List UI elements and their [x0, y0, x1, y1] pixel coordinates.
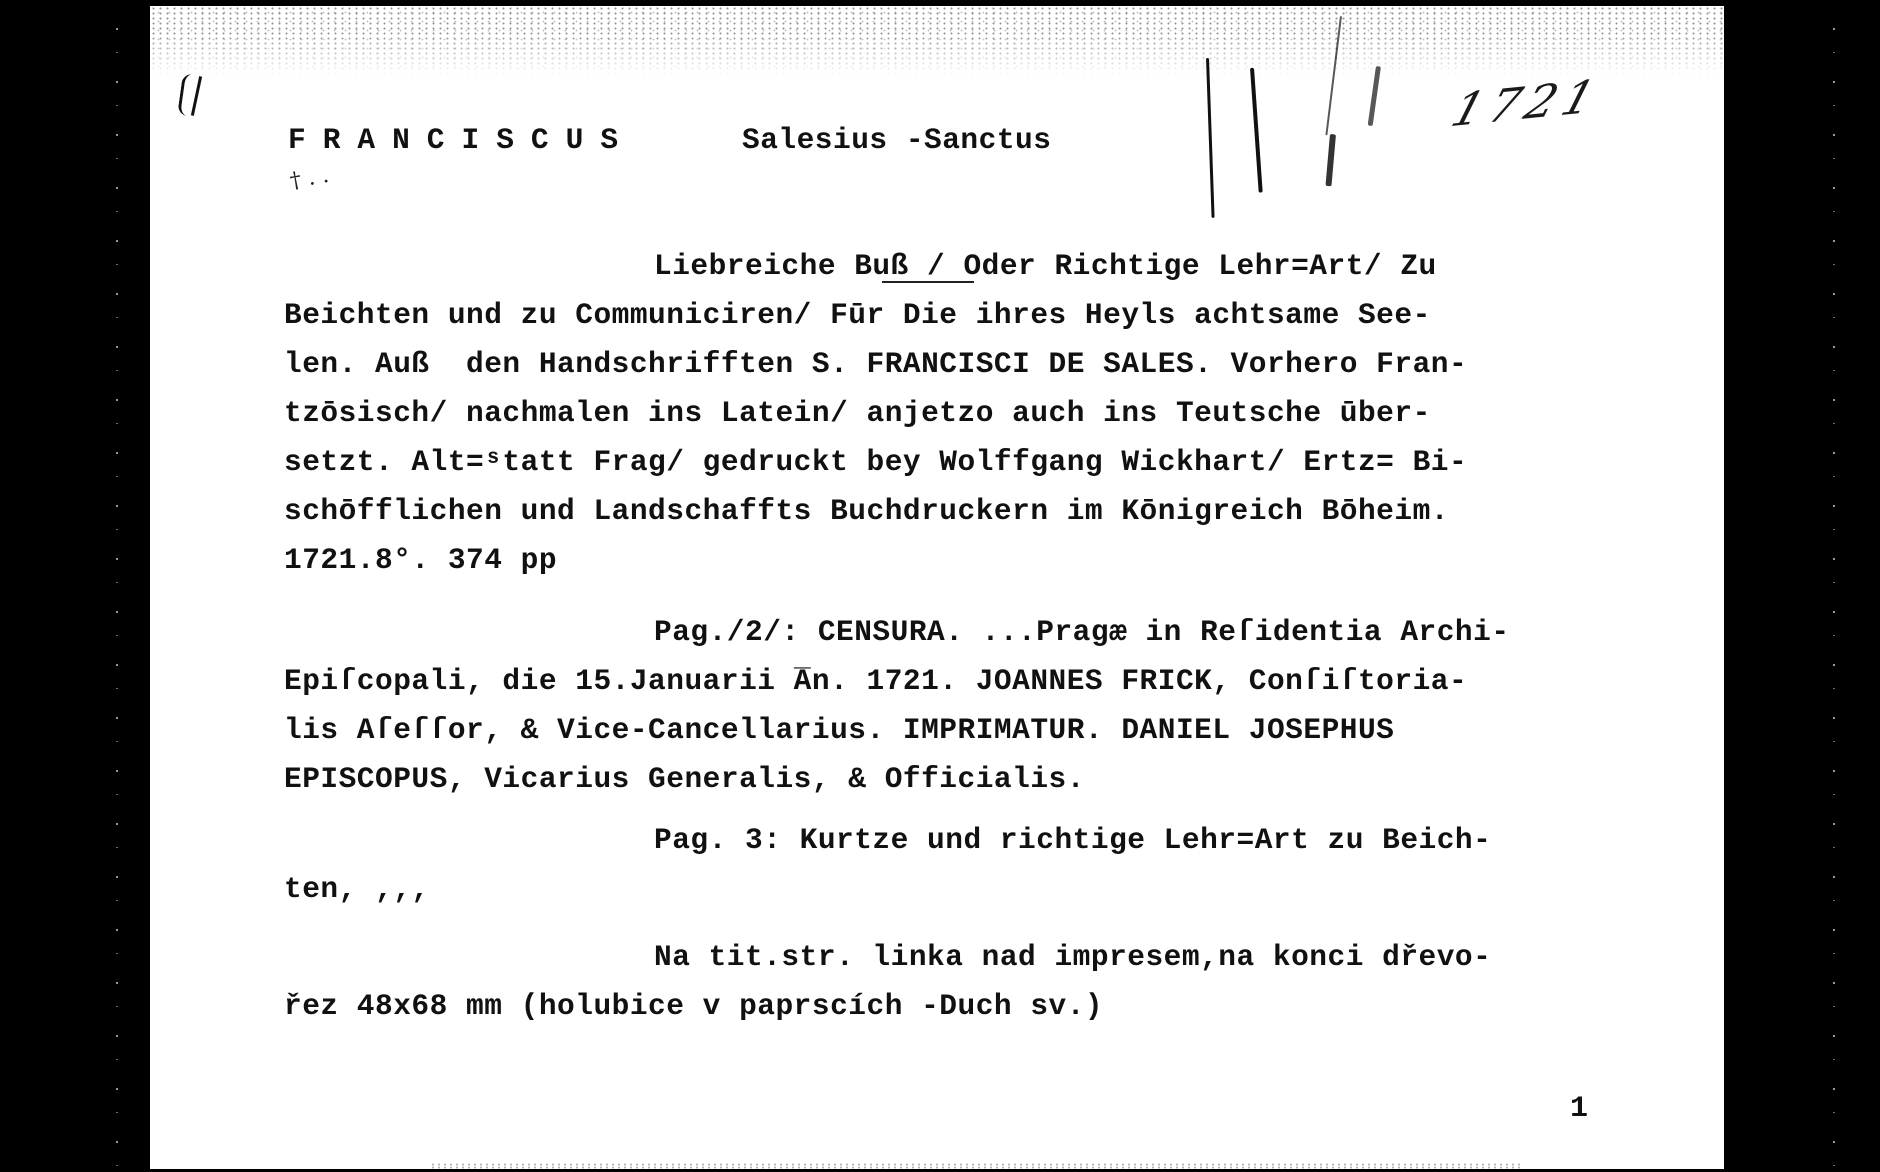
heading-cross-mark: † . . — [288, 163, 331, 194]
scan-edge-left — [116, 0, 118, 1172]
text-line: lis Aſeſſor, & Vice-Cancellarius. IMPRIM… — [284, 706, 1604, 755]
text-line: schōfflichen und Landschaffts Buchdrucke… — [284, 487, 1604, 536]
author-heading: FRANCISCUS — [288, 120, 635, 160]
title-description: Liebreiche Buß / Oder Richtige Lehr=Art/… — [284, 242, 1604, 585]
text-line: 1721.8°. 374 pp — [284, 536, 1604, 585]
text-line: setzt. Alt=ˢtatt Frag/ gedruckt bey Wolf… — [284, 438, 1604, 487]
text-line: ten, ,,, — [284, 865, 1604, 914]
text-line: Pag. 3: Kurtze und richtige Lehr=Art zu … — [284, 816, 1604, 865]
text-line: EPISCOPUS, Vicarius Generalis, & Officia… — [284, 755, 1604, 804]
text-line: tzōsisch/ nachmalen ins Latein/ anjetzo … — [284, 389, 1604, 438]
card-page-number: 1 — [1570, 1092, 1588, 1126]
pencil-stroke — [1368, 66, 1381, 126]
text-line: Epiſcopali, die 15.Januarii A̅n. 1721. J… — [284, 657, 1604, 706]
catalog-card: 1721 FRANCISCUS Salesius -Sanctus † . . … — [150, 6, 1724, 1169]
pencil-stroke — [1325, 134, 1336, 186]
page-three-note: Pag. 3: Kurtze und richtige Lehr=Art zu … — [284, 816, 1604, 914]
text-line: Beichten und zu Communiciren/ Fūr Die ih… — [284, 291, 1604, 340]
scan-edge-right — [1833, 0, 1835, 1172]
text-line: Pag./2/: CENSURA. ...Pragæ in Reſidentia… — [284, 608, 1604, 657]
author-subtitle: Salesius -Sanctus — [742, 120, 1051, 160]
pencil-stroke — [1206, 58, 1215, 218]
text-line: řez 48x68 mm (holubice v paprscích -Duch… — [284, 982, 1604, 1031]
text-line: Na tit.str. linka nad impresem,na konci … — [284, 933, 1604, 982]
handwritten-catalog-number: 1721 — [1445, 69, 1607, 137]
pencil-stroke — [1250, 68, 1263, 193]
text-line: len. Auß den Handschrifften S. FRANCISCI… — [284, 340, 1604, 389]
pencil-stroke — [1325, 16, 1342, 135]
title-page-note: Na tit.str. linka nad impresem,na konci … — [284, 933, 1604, 1031]
censura-note: Pag./2/: CENSURA. ...Pragæ in Reſidentia… — [284, 608, 1604, 804]
text-line: Liebreiche Buß / Oder Richtige Lehr=Art/… — [284, 242, 1604, 291]
